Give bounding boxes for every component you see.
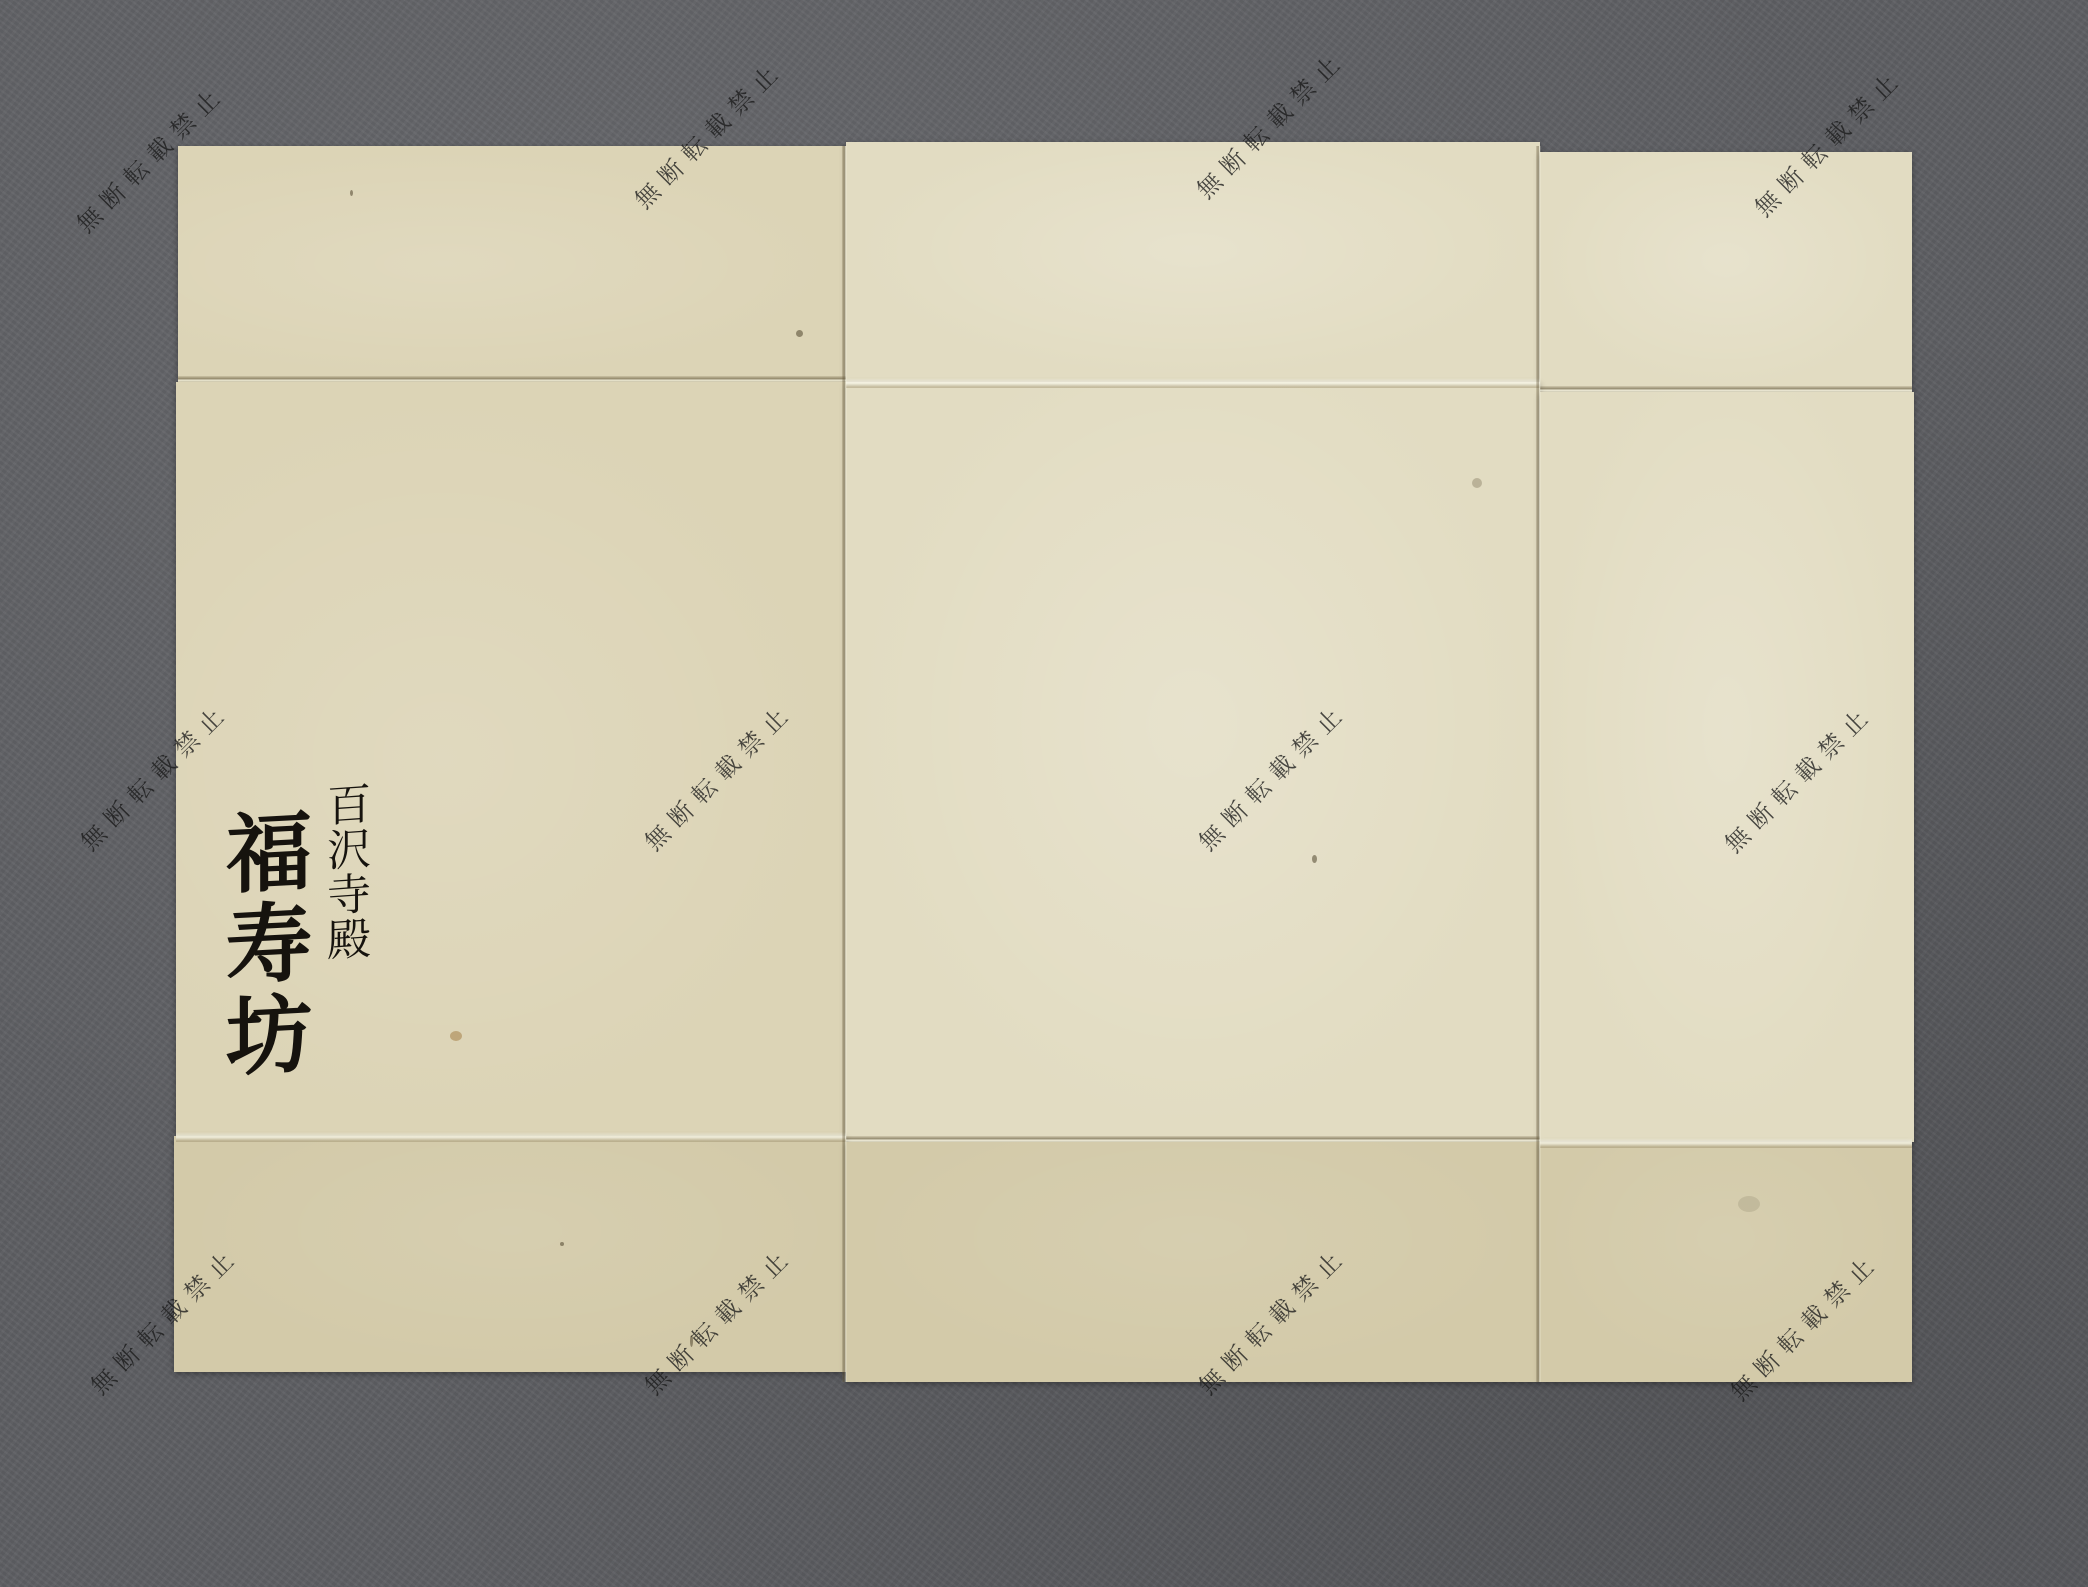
- paper-speck: [796, 330, 803, 337]
- paper-panel-bottom-left: [174, 1136, 846, 1372]
- paper-speck: [450, 1031, 462, 1041]
- fold-crease-top-left: [178, 376, 846, 382]
- paper-speck: [350, 190, 353, 196]
- paper-panel-middle-right: [1540, 392, 1914, 1142]
- photo-scene: 百沢寺殿 福寿坊 無断転載禁止 無断転載禁止 無断転載禁止 無断転載禁止 無断転…: [0, 0, 2088, 1587]
- fold-crease-right-vertical: [1536, 146, 1541, 1382]
- paper-speck: [1472, 478, 1482, 488]
- paper-speck: [1312, 855, 1317, 863]
- paper-panel-middle-center: [846, 382, 1540, 1142]
- paper-panel-top-left: [178, 146, 846, 382]
- fold-ridge-bottom-right: [1540, 1138, 1912, 1148]
- fold-crease-left-vertical: [842, 146, 847, 1382]
- paper-speck: [1738, 1196, 1760, 1212]
- fold-ridge-bottom-left: [176, 1132, 846, 1142]
- fold-ridge-top-center: [846, 378, 1540, 388]
- paper-panel-top-right: [1540, 152, 1912, 392]
- paper-panel-bottom-center: [846, 1142, 1540, 1382]
- fold-crease-bottom-center: [846, 1136, 1540, 1142]
- calligraphy-small-line: 百沢寺殿: [322, 780, 366, 963]
- paper-speck: [560, 1242, 564, 1246]
- calligraphy-large-line: 福寿坊: [218, 806, 304, 1084]
- fold-crease-top-right: [1540, 386, 1912, 392]
